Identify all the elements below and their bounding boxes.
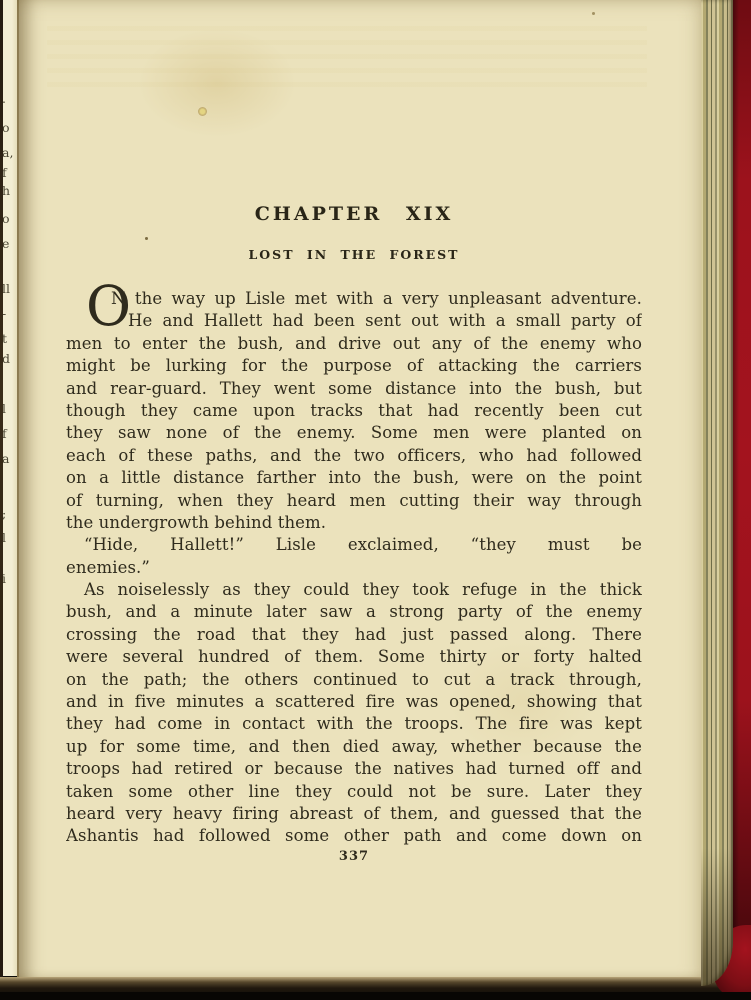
- facing-text-fragment: i: [2, 572, 16, 586]
- book-cover-right-edge: [731, 0, 751, 1000]
- page-number: 337: [66, 849, 642, 864]
- body-line: N the way up Lisle met with a very unple…: [66, 288, 642, 310]
- body-line: bush, and a minute later saw a strong pa…: [66, 601, 642, 623]
- body-line: on the path; the others continued to cut…: [66, 669, 642, 691]
- facing-text-fragment: o: [2, 121, 16, 135]
- facing-text-fragment: a: [2, 452, 16, 466]
- facing-text-fragment: f: [2, 427, 16, 441]
- facing-text-fragment: a,: [2, 146, 16, 160]
- body-line: up for some time, and then died away, wh…: [66, 736, 642, 758]
- facing-text-fragment: t: [2, 332, 16, 346]
- paper-stain: [137, 28, 297, 138]
- facing-text-fragment: .: [2, 92, 16, 106]
- paper-speck: [145, 237, 148, 240]
- body-line: each of these paths, and the two officer…: [66, 445, 642, 467]
- body-line: they saw none of the enemy. Some men wer…: [66, 422, 642, 444]
- body-line: might be lurking for the purpose of atta…: [66, 355, 642, 377]
- body-line: enemies.”: [66, 557, 642, 579]
- body-line: though they came upon tracks that had re…: [66, 400, 642, 422]
- paper-spot: [198, 107, 207, 116]
- paper-speck: [592, 12, 595, 15]
- body-text: O N the way up Lisle met with a very unp…: [66, 288, 642, 848]
- facing-text-fragment: e: [2, 237, 16, 251]
- body-line: of turning, when they heard men cutting …: [66, 490, 642, 512]
- body-line: Ashantis had followed some other path an…: [66, 825, 642, 847]
- facing-text-fragment: l: [2, 531, 16, 545]
- facing-text-fragment: f: [2, 166, 16, 180]
- book-page: CHAPTER XIX LOST IN THE FOREST O N the w…: [17, 0, 705, 981]
- body-line: heard very heavy firing abreast of them,…: [66, 803, 642, 825]
- chapter-subtitle: LOST IN THE FOREST: [66, 247, 642, 262]
- body-line: troops had retired or because the native…: [66, 758, 642, 780]
- body-line: As noiselessly as they could they took r…: [66, 579, 642, 601]
- body-line: were several hundred of them. Some thirt…: [66, 646, 642, 668]
- body-line: the undergrowth behind them.: [66, 512, 642, 534]
- body-line: He and Hallett had been sent out with a …: [66, 310, 642, 332]
- body-line: they had come in contact with the troops…: [66, 713, 642, 735]
- facing-text-fragment: h: [2, 184, 16, 198]
- body-line: and rear-guard. They went some distance …: [66, 378, 642, 400]
- facing-text-fragment: ;: [2, 507, 16, 521]
- image-left-dark-edge: [0, 0, 3, 978]
- image-bottom-dark-edge: [0, 992, 751, 1000]
- body-line: taken some other line they could not be …: [66, 781, 642, 803]
- facing-text-fragment: l: [2, 402, 16, 416]
- drop-cap: O: [86, 284, 131, 328]
- facing-text-fragment: -: [2, 307, 16, 321]
- stacked-page-edges: [701, 0, 733, 986]
- facing-text-fragment: ll: [2, 282, 16, 296]
- body-line: crossing the road that they had just pas…: [66, 624, 642, 646]
- body-line: men to enter the bush, and drive out any…: [66, 333, 642, 355]
- body-line: on a little distance farther into the bu…: [66, 467, 642, 489]
- body-line: “Hide, Hallett!” Lisle exclaimed, “they …: [66, 534, 642, 556]
- body-line: and in five minutes a scattered fire was…: [66, 691, 642, 713]
- book-scan-screenshot: . o a, f h o e ll - t d l f a ; l i CHAP…: [0, 0, 751, 1000]
- facing-text-fragment: d: [2, 352, 16, 366]
- facing-text-fragment: o: [2, 212, 16, 226]
- chapter-heading: CHAPTER XIX: [66, 203, 642, 225]
